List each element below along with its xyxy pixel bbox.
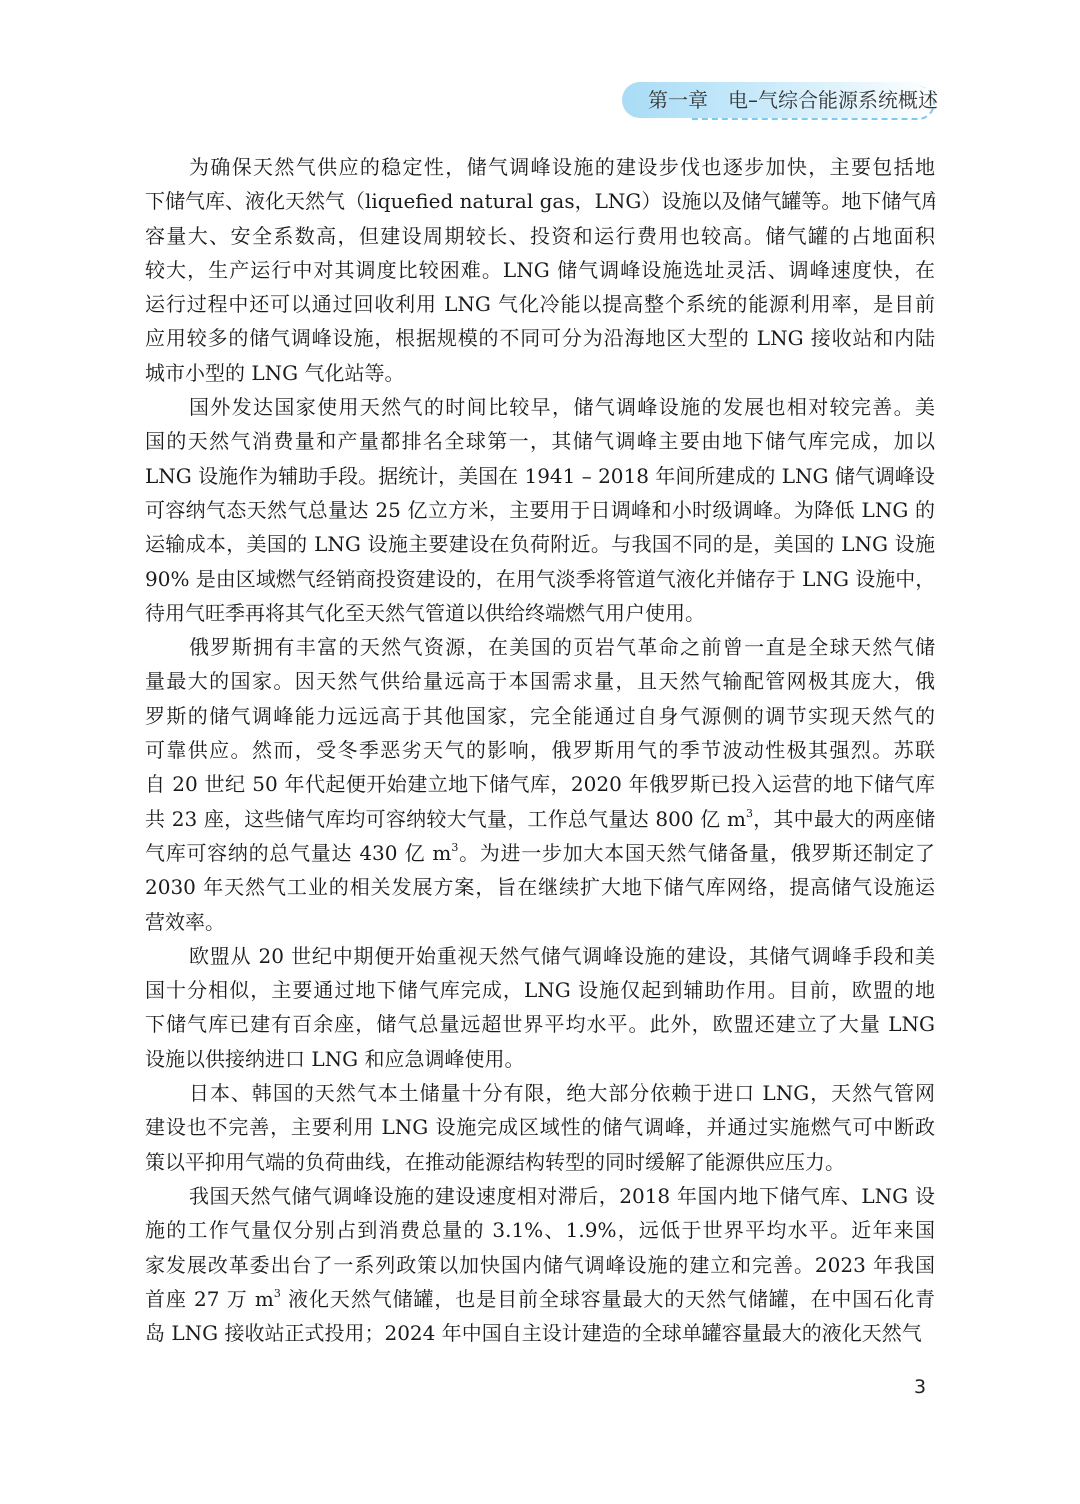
text-line: 家发展改革委出台了一系列政策以加快国内储气调峰设施的建立和完善。2023 年我国 — [145, 1248, 935, 1282]
text-line: 下储气库、液化天然气（liquefied natural gas，LNG）设施以… — [145, 184, 935, 218]
chapter-number: 第一章 — [648, 88, 708, 112]
text-line: 国十分相似，主要通过地下储气库完成，LNG 设施仅起到辅助作用。目前，欧盟的地 — [145, 973, 935, 1007]
text-line: 应用较多的储气调峰设施，根据规模的不同可分为沿海地区大型的 LNG 接收站和内陆 — [145, 321, 935, 355]
text-line: 可靠供应。然而，受冬季恶劣天气的影响，俄罗斯用气的季节波动性极其强烈。苏联 — [145, 733, 935, 767]
paragraph: 欧盟从 20 世纪中期便开始重视天然气储气调峰设施的建设，其储气调峰手段和美国十… — [145, 939, 935, 1076]
text-line: 运行过程中还可以通过回收利用 LNG 气化冷能以提高整个系统的能源利用率，是目前 — [145, 287, 935, 321]
paragraph: 俄罗斯拥有丰富的天然气资源，在美国的页岩气革命之前曾一直是全球天然气储量最大的国… — [145, 630, 935, 939]
chapter-header: 第一章电–气综合能源系统概述 — [648, 84, 938, 116]
text-line: 俄罗斯拥有丰富的天然气资源，在美国的页岩气革命之前曾一直是全球天然气储 — [145, 630, 935, 664]
text-line: 气库可容纳的总气量达 430 亿 m3。为进一步加大本国天然气储备量，俄罗斯还制… — [145, 836, 935, 870]
text-line: 国外发达国家使用天然气的时间比较早，储气调峰设施的发展也相对较完善。美 — [145, 390, 935, 424]
text-line: 建设也不完善，主要利用 LNG 设施完成区域性的储气调峰，并通过实施燃气可中断政 — [145, 1110, 935, 1144]
text-line: 自 20 世纪 50 年代起便开始建立地下储气库，2020 年俄罗斯已投入运营的… — [145, 767, 935, 801]
text-line: 为确保天然气供应的稳定性，储气调峰设施的建设步伐也逐步加快，主要包括地 — [145, 150, 935, 184]
paragraph: 日本、韩国的天然气本土储量十分有限，绝大部分依赖于进口 LNG，天然气管网建设也… — [145, 1076, 935, 1179]
chapter-title: 电–气综合能源系统概述 — [728, 88, 938, 112]
body-text: 为确保天然气供应的稳定性，储气调峰设施的建设步伐也逐步加快，主要包括地下储气库、… — [145, 150, 935, 1350]
text-line: 2030 年天然气工业的相关发展方案，旨在继续扩大地下储气库网络，提高储气设施运 — [145, 870, 935, 904]
paragraph: 国外发达国家使用天然气的时间比较早，储气调峰设施的发展也相对较完善。美国的天然气… — [145, 390, 935, 630]
text-line: 国的天然气消费量和产量都排名全球第一，其储气调峰主要由地下储气库完成，加以 — [145, 424, 935, 458]
paragraph: 为确保天然气供应的稳定性，储气调峰设施的建设步伐也逐步加快，主要包括地下储气库、… — [145, 150, 935, 390]
text-line: 容量大、安全系数高，但建设周期较长、投资和运行费用也较高。储气罐的占地面积 — [145, 219, 935, 253]
text-line: 施的工作气量仅分别占到消费总量的 3.1%、1.9%，远低于世界平均水平。近年来… — [145, 1213, 935, 1247]
text-line: 首座 27 万 m3 液化天然气储罐，也是目前全球容量最大的天然气储罐，在中国石… — [145, 1282, 935, 1316]
text-line: 设施以供接纳进口 LNG 和应急调峰使用。 — [145, 1042, 935, 1076]
text-line: 罗斯的储气调峰能力远远高于其他国家，完全能通过自身气源侧的调节实现天然气的 — [145, 699, 935, 733]
text-line: 城市小型的 LNG 气化站等。 — [145, 356, 935, 390]
text-line: 可容纳气态天然气总量达 25 亿立方米，主要用于日调峰和小时级调峰。为降低 LN… — [145, 493, 935, 527]
text-line: 90% 是由区域燃气经销商投资建设的，在用气淡季将管道气液化并储存于 LNG 设… — [145, 562, 935, 596]
text-line: 下储气库已建有百余座，储气总量远超世界平均水平。此外，欧盟还建立了大量 LNG — [145, 1007, 935, 1041]
text-line: 我国天然气储气调峰设施的建设速度相对滞后，2018 年国内地下储气库、LNG 设 — [145, 1179, 935, 1213]
text-line: 较大，生产运行中对其调度比较困难。LNG 储气调峰设施选址灵活、调峰速度快，在 — [145, 253, 935, 287]
paragraph: 我国天然气储气调峰设施的建设速度相对滞后，2018 年国内地下储气库、LNG 设… — [145, 1179, 935, 1350]
text-line: 岛 LNG 接收站正式投用；2024 年中国自主设计建造的全球单罐容量最大的液化… — [145, 1316, 935, 1350]
text-line: 日本、韩国的天然气本土储量十分有限，绝大部分依赖于进口 LNG，天然气管网 — [145, 1076, 935, 1110]
text-line: 策以平抑用气端的负荷曲线，在推动能源结构转型的同时缓解了能源供应压力。 — [145, 1145, 935, 1179]
page-number: 3 — [914, 1376, 926, 1398]
text-line: LNG 设施作为辅助手段。据统计，美国在 1941 – 2018 年间所建成的 … — [145, 459, 935, 493]
text-line: 量最大的国家。因天然气供给量远高于本国需求量，且天然气输配管网极其庞大，俄 — [145, 664, 935, 698]
text-line: 待用气旺季再将其气化至天然气管道以供给终端燃气用户使用。 — [145, 596, 935, 630]
text-line: 共 23 座，这些储气库均可容纳较大气量，工作总气量达 800 亿 m3，其中最… — [145, 802, 935, 836]
text-line: 运输成本，美国的 LNG 设施主要建设在负荷附近。与我国不同的是，美国的 LNG… — [145, 527, 935, 561]
text-line: 营效率。 — [145, 905, 935, 939]
text-line: 欧盟从 20 世纪中期便开始重视天然气储气调峰设施的建设，其储气调峰手段和美 — [145, 939, 935, 973]
